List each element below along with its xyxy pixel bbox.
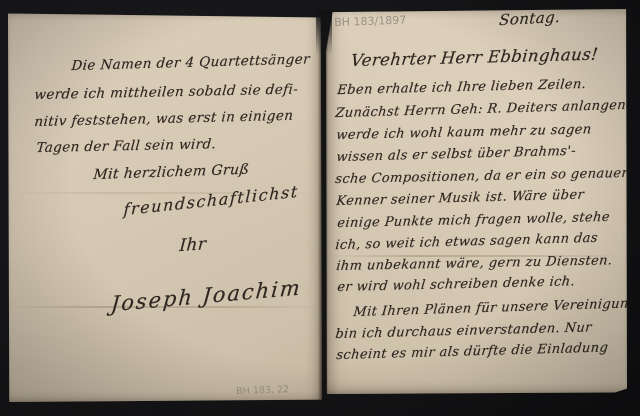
letter-page-left: Die Namen der 4 Quartettsänger werde ich… bbox=[8, 12, 322, 402]
letter-line: werde ich mittheilen sobald sie defi- bbox=[34, 81, 299, 103]
letter-line: Kenner seiner Musik ist. Wäre über bbox=[336, 188, 585, 210]
letter-line: einige Punkte mich fragen wolle, stehe bbox=[336, 210, 610, 231]
signature: Joseph Joachim bbox=[110, 275, 303, 316]
letter-line: Tagen der Fall sein wird. bbox=[36, 136, 217, 156]
letter-line: nitiv feststehen, was erst in einigen bbox=[34, 108, 294, 130]
letter-line: Zunächst Herrn Geh: R. Deiters anlangend bbox=[335, 98, 627, 121]
letter-line: Mit Ihren Plänen für unsere Vereinigung bbox=[353, 296, 627, 320]
salutation: Verehrter Herr Ebbinghaus! bbox=[350, 45, 599, 71]
letter-scan: Die Namen der 4 Quartettsänger werde ich… bbox=[0, 0, 640, 416]
catalog-number-bottom: BH 183, 22 bbox=[236, 384, 289, 397]
fold-notch-shadow bbox=[316, 9, 332, 55]
closing-salute-line: Ihr bbox=[179, 234, 207, 256]
letter-page-right: BH 183/1897 Sontag. Verehrter Herr Ebbin… bbox=[326, 9, 627, 394]
letter-line: Die Namen der 4 Quartettsänger bbox=[71, 51, 311, 74]
letter-date: Sontag. bbox=[498, 9, 561, 29]
fold-crease-vertical bbox=[318, 9, 328, 401]
letter-line: wissen als er selbst über Brahms'- bbox=[336, 144, 577, 165]
letter-line: sche Compositionen, da er ein so genauer bbox=[334, 166, 627, 187]
letter-line: ich, so weit ich etwas sagen kann das bbox=[335, 231, 599, 253]
letter-line: Eben erhalte ich Ihre lieben Zeilen. bbox=[337, 77, 587, 98]
letter-line: er wird wohl schreiben denke ich. bbox=[337, 274, 576, 295]
letter-line: bin ich durchaus einverstanden. Nur bbox=[335, 320, 593, 342]
closing-salute-line: Mit herzlichem Gruß bbox=[93, 162, 250, 184]
letter-line: scheint es mir als dürfte die Einladung bbox=[336, 340, 609, 363]
letter-line: werde ich wohl kaum mehr zu sagen bbox=[335, 122, 592, 143]
closing-salute-line: freundschaftlichst bbox=[123, 182, 299, 220]
catalog-number-top: BH 183/1897 bbox=[334, 13, 406, 29]
